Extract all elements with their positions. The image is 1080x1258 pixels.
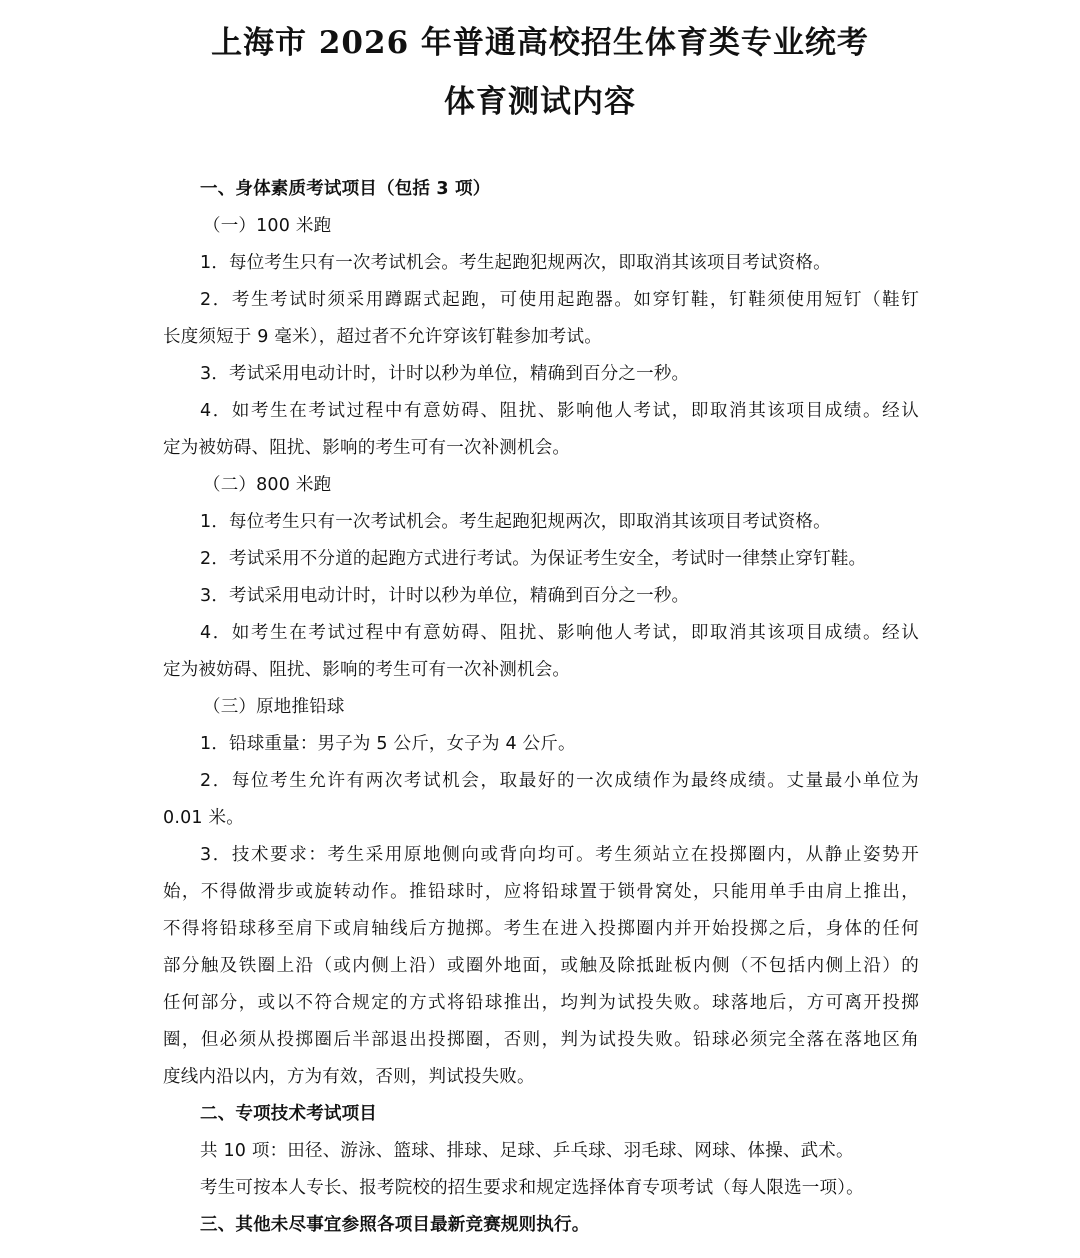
paragraph-shot-put-item-2-line-2: 0.01 米。 xyxy=(163,800,919,837)
subsection-heading-shot-put: （三）原地推铅球 xyxy=(163,689,919,726)
paragraph-100m-item-1: 1．每位考生只有一次考试机会。考生起跑犯规两次，即取消其该项目考试资格。 xyxy=(163,245,919,282)
document-page: 上海市 2026 年普通高校招生体育类专业统考 体育测试内容 一、身体素质考试项… xyxy=(0,0,1080,1258)
document-body: 一、身体素质考试项目（包括 3 项） （一）100 米跑 1．每位考生只有一次考… xyxy=(163,171,919,1244)
paragraph-800m-item-3: 3．考试采用电动计时，计时以秒为单位，精确到百分之一秒。 xyxy=(163,578,919,615)
paragraph-800m-item-2: 2．考试采用不分道的起跑方式进行考试。为保证考生安全，考试时一律禁止穿钉鞋。 xyxy=(163,541,919,578)
subsection-heading-800m: （二）800 米跑 xyxy=(163,467,919,504)
paragraph-shot-put-item-3-line-4: 部分触及铁圈上沿（或内侧上沿）或圈外地面，或触及除抵趾板内侧（不包括内侧上沿）的 xyxy=(163,948,919,985)
paragraph-shot-put-item-3-line-2: 始，不得做滑步或旋转动作。推铅球时，应将铅球置于锁骨窝处，只能用单手由肩上推出， xyxy=(163,874,919,911)
paragraph-100m-item-4-line-2: 定为被妨碍、阻扰、影响的考生可有一次补测机会。 xyxy=(163,430,919,467)
paragraph-shot-put-item-3-line-7: 度线内沿以内，方为有效，否则，判试投失败。 xyxy=(163,1059,919,1096)
paragraph-100m-item-2-line-1: 2．考生考试时须采用蹲踞式起跑，可使用起跑器。如穿钉鞋，钉鞋须使用短钉（鞋钉 xyxy=(163,282,919,319)
paragraph-specialty-list: 共 10 项：田径、游泳、篮球、排球、足球、乒乓球、羽毛球、网球、体操、武术。 xyxy=(163,1133,919,1170)
paragraph-shot-put-item-3-line-1: 3．技术要求：考生采用原地侧向或背向均可。考生须站立在投掷圈内，从静止姿势开 xyxy=(163,837,919,874)
paragraph-specialty-selection: 考生可按本人专长、报考院校的招生要求和规定选择体育专项考试（每人限选一项）。 xyxy=(163,1170,919,1207)
paragraph-shot-put-item-3-line-6: 圈，但必须从投掷圈后半部退出投掷圈，否则，判为试投失败。铅球必须完全落在落地区角 xyxy=(163,1022,919,1059)
paragraph-shot-put-item-2-line-1: 2．每位考生允许有两次考试机会，取最好的一次成绩作为最终成绩。丈量最小单位为 xyxy=(163,763,919,800)
section-heading-specialty-skills: 二、专项技术考试项目 xyxy=(163,1096,919,1133)
paragraph-shot-put-item-3-line-5: 任何部分，或以不符合规定的方式将铅球推出，均判为试投失败。球落地后，方可离开投掷 xyxy=(163,985,919,1022)
paragraph-shot-put-item-1: 1．铅球重量：男子为 5 公斤，女子为 4 公斤。 xyxy=(163,726,919,763)
document-title-line-1: 上海市 2026 年普通高校招生体育类专业统考 xyxy=(0,23,1080,63)
document-title-line-2: 体育测试内容 xyxy=(0,82,1080,122)
paragraph-100m-item-4-line-1: 4．如考生在考试过程中有意妨碍、阻扰、影响他人考试，即取消其该项目成绩。经认 xyxy=(163,393,919,430)
paragraph-100m-item-2-line-2: 长度须短于 9 毫米），超过者不允许穿该钉鞋参加考试。 xyxy=(163,319,919,356)
section-heading-other-matters: 三、其他未尽事宜参照各项目最新竞赛规则执行。 xyxy=(163,1207,919,1244)
section-heading-physical-fitness: 一、身体素质考试项目（包括 3 项） xyxy=(163,171,919,208)
paragraph-800m-item-4-line-2: 定为被妨碍、阻扰、影响的考生可有一次补测机会。 xyxy=(163,652,919,689)
paragraph-100m-item-3: 3．考试采用电动计时，计时以秒为单位，精确到百分之一秒。 xyxy=(163,356,919,393)
paragraph-800m-item-1: 1．每位考生只有一次考试机会。考生起跑犯规两次，即取消其该项目考试资格。 xyxy=(163,504,919,541)
paragraph-shot-put-item-3-line-3: 不得将铅球移至肩下或肩轴线后方抛掷。考生在进入投掷圈内并开始投掷之后，身体的任何 xyxy=(163,911,919,948)
paragraph-800m-item-4-line-1: 4．如考生在考试过程中有意妨碍、阻扰、影响他人考试，即取消其该项目成绩。经认 xyxy=(163,615,919,652)
subsection-heading-100m: （一）100 米跑 xyxy=(163,208,919,245)
